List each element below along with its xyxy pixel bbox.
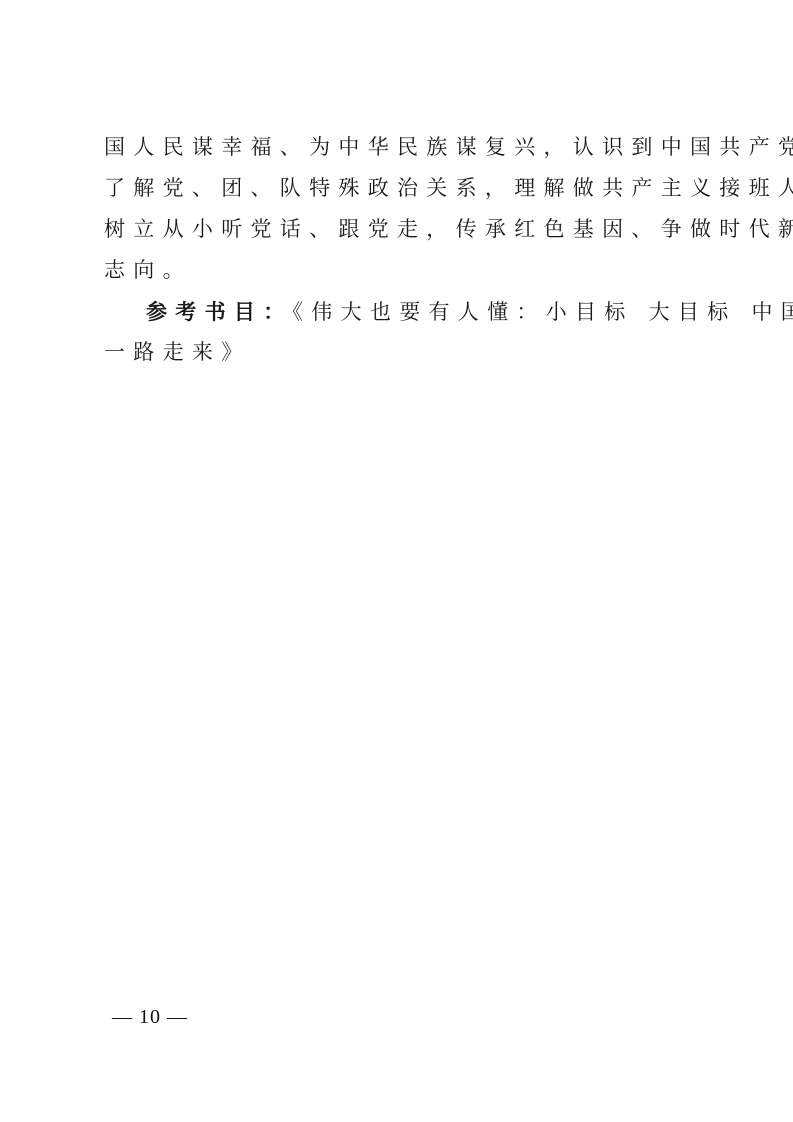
paragraph-line-3: 树立从小听党话、跟党走，传承红色基因、争做时代新人的理想 (104, 209, 704, 250)
document-page: 国人民谋幸福、为中华民族谋复兴，认识到中国共产党的伟大， 了解党、团、队特殊政治… (0, 0, 793, 1122)
paragraph-line-2: 了解党、团、队特殊政治关系，理解做共产主义接班人的含义， (104, 168, 704, 209)
paragraph-line-1: 国人民谋幸福、为中华民族谋复兴，认识到中国共产党的伟大， (104, 127, 704, 168)
reference-title-part1: 《伟大也要有人懂：小目标 大目标 中国共产党 (293, 300, 793, 324)
reference-label: 参考书目： (146, 299, 293, 324)
paragraph-line-4: 志向。 (104, 250, 704, 291)
reference-line-1: 参考书目：《伟大也要有人懂：小目标 大目标 中国共产党 (104, 291, 704, 332)
body-text: 国人民谋幸福、为中华民族谋复兴，认识到中国共产党的伟大， 了解党、团、队特殊政治… (104, 127, 704, 373)
reference-line-2: 一路走来》 (104, 332, 704, 373)
page-number: — 10 — (112, 1006, 188, 1029)
